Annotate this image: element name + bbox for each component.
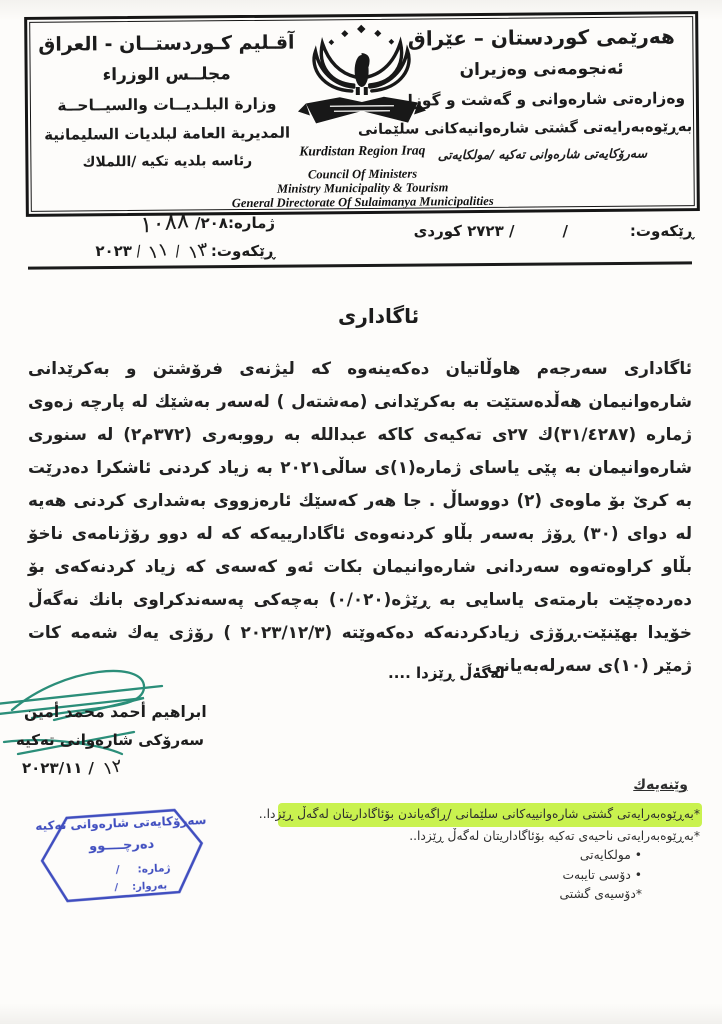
stamp-date-row: بەروار: /	[114, 880, 167, 893]
stamp-number-row: ژمارە: /	[116, 862, 171, 876]
letterhead-box: آقـليم كـوردستــان - العراق مجلــس الوزر…	[24, 11, 700, 217]
kurdish-date-label: ڕێکەوت:	[630, 222, 694, 240]
stamp-date-label: بەروار:	[132, 880, 167, 892]
slash-separator: /	[116, 864, 120, 876]
arabic-line-directorate: المديرية العامة لبلديات السليمانية	[36, 125, 298, 142]
header-divider-rule	[28, 261, 692, 269]
reference-date-day: ١٣	[185, 238, 210, 264]
slash-separator: /	[88, 759, 93, 777]
kurdish-line-ministry: وەزارەتی شارەوانی و گەشت و گوزار	[392, 91, 692, 109]
copy-item-general-directorate: *بەڕێوەبەرایەتی گشتی شارەوانییەکانی سلێم…	[280, 805, 700, 825]
reference-block-left: ژماره:٢٠٨/ ١٠٨٨ ڕێکەوت: ١٣ / ١١ / ٢٠٢٣	[35, 210, 275, 262]
reference-block-right: ڕێکەوت: / / ٢٧٢٣ کوردی	[414, 222, 694, 240]
signature-date: ١٢ / ٢٠٢٣/١١	[22, 757, 125, 778]
reference-date-month: ١١	[146, 238, 171, 264]
closing-salutation: لەگەڵ ڕێزدا ....	[388, 664, 505, 682]
signature-date-day: ١٢	[101, 755, 125, 780]
notice-title: ئاگاداری	[338, 304, 419, 328]
reference-date-label: ڕێکەوت:	[211, 242, 275, 260]
slash-separator: /	[562, 222, 567, 240]
slash-separator: /	[174, 242, 182, 261]
reference-date-row: ڕێکەوت: ١٣ / ١١ / ٢٠٢٣	[35, 240, 275, 262]
kurdish-line-council: ئەنجومەنی وەزیران	[392, 60, 692, 80]
arabic-line-region: آقـليم كـوردستــان - العراق	[35, 34, 297, 55]
reference-number-row: ژماره:٢٠٨/ ١٠٨٨	[35, 210, 275, 236]
slash-separator: /	[135, 242, 143, 261]
arabic-line-council: مجلــس الوزراء	[36, 66, 298, 85]
kurdish-line-region: هەرێمی کوردستان – عێراق	[391, 26, 691, 49]
reference-number-handwritten: ١٠٨٨	[140, 207, 190, 239]
municipality-exit-stamp: سەرۆکایەتی شارەوانی تەکیە دەرچــــوو ژما…	[34, 799, 210, 911]
signatory-title: سەرۆکی شارەوانی تەکیە	[16, 731, 204, 749]
copy-item-property: • مولکایەتی	[280, 846, 642, 866]
copy-item-takiya-subdistrict: *بەڕێوەبەرایەتی ناحیەی تەکیە بۆئاگاداریت…	[280, 827, 700, 847]
kurdish-line-directorate: بەڕێوەبەرایەتی گشتی شارەوانیەکانی سلێمان…	[392, 120, 692, 137]
arabic-line-ministry: وزارة البلـديــات والسيــاحــة	[36, 97, 298, 115]
copies-footer: وێنەیەك *بەڕێوەبەرایەتی گشتی شارەوانییەک…	[280, 774, 700, 905]
copy-item-general-file: *دۆسیەی گشتی	[280, 885, 642, 905]
notice-body-paragraph: ئاگاداری سەرجەم هاوڵاتیان دەکەینەوە کە ل…	[28, 352, 692, 682]
reference-number-label: ژماره:٢٠٨/	[195, 214, 275, 232]
reference-date-year: ٢٠٢٣	[95, 242, 132, 260]
signatory-name: ابراهيم أحمد محمد أمين	[24, 703, 207, 721]
copies-heading: وێنەیەك	[633, 777, 688, 793]
kurdish-calendar-year: / ٢٧٢٣ کوردی	[414, 222, 515, 240]
stamp-number-label: ژمارە:	[137, 862, 170, 875]
copy-item-special-file: • دۆسی تایبەت	[280, 866, 642, 886]
signature-date-month-year: ٢٠٢٣/١١	[22, 759, 82, 777]
slash-separator: /	[114, 882, 118, 893]
kurdistan-eagle-emblem-icon	[295, 22, 428, 147]
